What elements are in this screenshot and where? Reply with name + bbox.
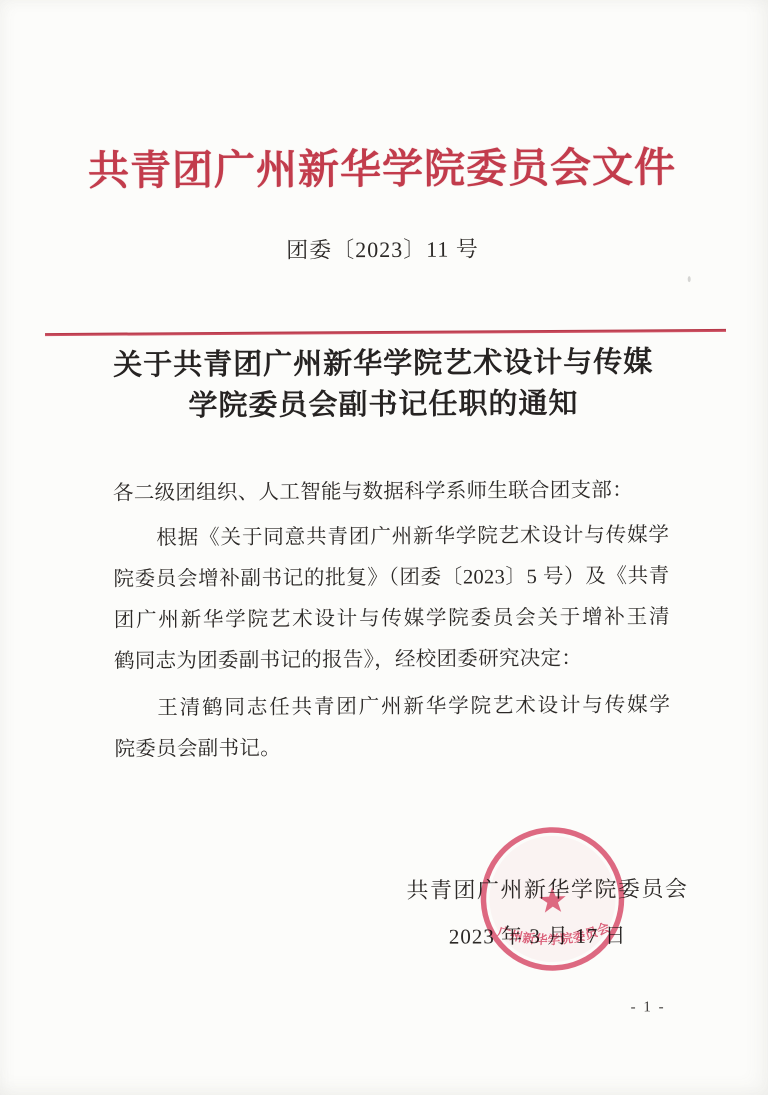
red-separator-line <box>45 329 726 336</box>
body-salutation: 各二级团组织、人工智能与数据科学系师生联合团支部： <box>113 470 669 514</box>
document-number: 团委〔2023〕11 号 <box>0 231 767 267</box>
document-title: 关于共青团广州新华学院艺术设计与传媒 学院委员会副书记任职的通知 <box>39 342 727 428</box>
document-header-title: 共青团广州新华学院委员会文件 <box>0 134 766 198</box>
document-page: 共青团广州新华学院委员会文件 团委〔2023〕11 号 关于共青团广州新华学院艺… <box>0 0 768 1095</box>
scan-speck <box>641 616 644 621</box>
official-seal: 中国共产主义青年团 广州新华学院委员会 <box>464 811 641 988</box>
body-line: 院委员会增补副书记的批复》（团委〔2023〕5 号）及《共青 <box>113 556 669 600</box>
document-title-line2: 学院委员会副书记任职的通知 <box>39 383 727 428</box>
body-line: 王清鹤同志任共青团广州新华学院艺术设计与传媒学 <box>114 685 670 729</box>
body-line: 团广州新华学院艺术设计与传媒学院委员会关于增补王清 <box>114 597 670 641</box>
page-number: - 1 - <box>613 999 683 1016</box>
document-body: 各二级团组织、人工智能与数据科学系师生联合团支部： 根据《关于同意共青团广州新华… <box>113 470 671 770</box>
scan-speck <box>688 276 691 282</box>
body-line: 根据《关于同意共青团广州新华学院艺术设计与传媒学 <box>113 515 669 559</box>
body-line: 鹤同志为团委副书记的报告》，经校团委研究决定： <box>114 638 670 682</box>
document-title-line1: 关于共青团广州新华学院艺术设计与传媒 <box>39 342 727 387</box>
body-line: 院委员会副书记。 <box>114 726 670 770</box>
scanned-sheet: 共青团广州新华学院委员会文件 团委〔2023〕11 号 关于共青团广州新华学院艺… <box>0 0 768 1095</box>
